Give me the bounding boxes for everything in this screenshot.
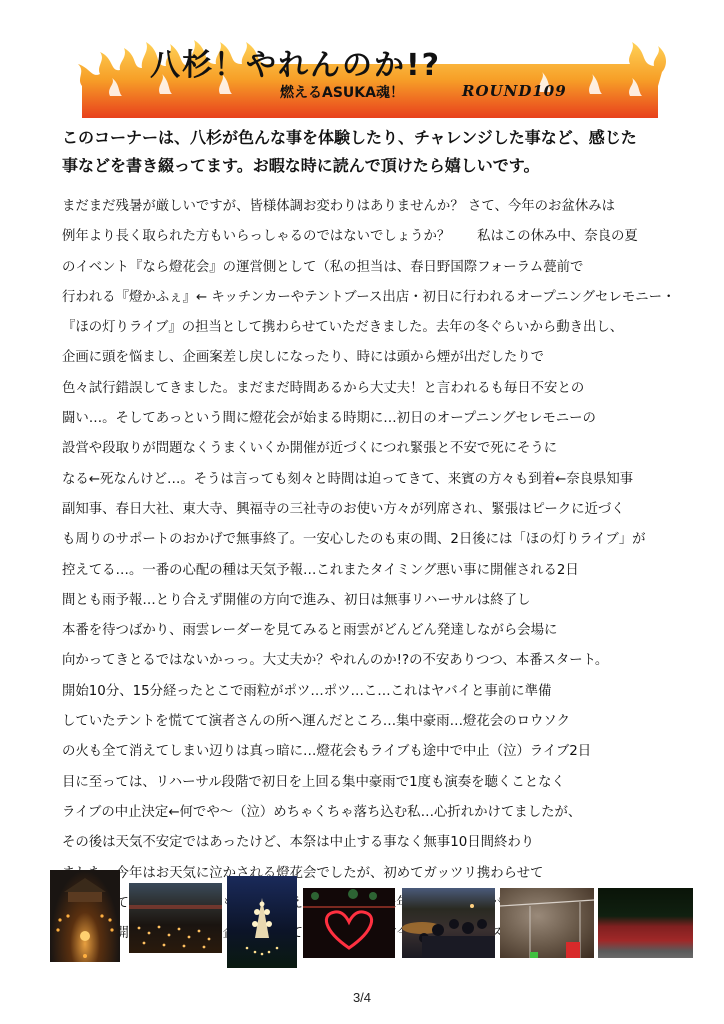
page-number: 3/4 [0,990,724,1005]
header-banner: 八杉！やれんのか!? 燃えるASUKA魂！ ROUND109 [70,38,670,118]
article-line: 企画に頭を悩まし、企画案差し戻しになったり、時には頭から煙が出だしたりで [62,343,692,373]
intro-line: 事などを書き綴ってます。お暇な時に読んで頂けたら嬉しいです。 [62,152,682,180]
article-line: のイベント『なら燈花会』の運営側として（私の担当は、春日野国際フォーラム甍前で [62,253,692,283]
article-line: の火も全て消えてしまい辺りは真っ暗に…燈花会もライブも途中で中止（泣）ライブ2日 [62,737,692,767]
photo-candle-field [129,883,222,953]
article-line: 闘い…。そしてあっという間に燈花会が始まる時期に…初日のオープニングセレモニーの [62,404,692,434]
photo-strip [50,868,695,968]
article-line: 本番を待つばかり、雨雲レーダーを見てみると雨雲がどんどん発達しながら会場に [62,616,692,646]
article-line: 控えてる…。一番の心配の種は天気予報…これまたタイミング悪い事に開催される2日 [62,556,692,586]
article-line: 『ほの灯りライブ』の担当として携わらせていただきました。去年の冬ぐらいから動き出… [62,313,692,343]
intro-paragraph: このコーナーは、八杉が色んな事を体験したり、チャレンジした事など、感じた 事など… [62,124,682,180]
article-line: も周りのサポートのおかげで無事終了。一安心したのも束の間、2日後には「ほの灯りラ… [62,525,692,555]
article-line: まだまだ残暑が厳しいですが、皆様体調お変わりはありませんか？ さて、今年のお盆休… [62,192,692,222]
photo-staff-group [598,888,693,958]
photo-tent-rain [500,888,594,958]
article-line: 開始10分、15分経ったとこで雨粒がポツ…ポツ…こ…これはヤバイと事前に準備 [62,677,692,707]
article-line: 向かってきとるではないかっっ。大丈夫か？やれんのか!?の不安ありつつ、本番スター… [62,646,692,676]
article-line: 色々試行錯誤してきました。まだまだ時間あるから大丈夫！と言われるも毎日不安との [62,374,692,404]
intro-line: このコーナーは、八杉が色んな事を体験したり、チャレンジした事など、感じた [62,124,682,152]
photo-candle-heart [303,888,395,958]
article-line: 例年より長く取られた方もいらっしゃるのではないでしょうか？ 私はこの休み中、奈良… [62,222,692,252]
article-line: 行われる『燈かふぇ』← キッチンカーやテントブース出店・初日に行われるオープニン… [62,283,692,313]
banner-title: 八杉！やれんのか!? [150,40,441,84]
article-line: 副知事、春日大社、東大寺、興福寺の三社寺のお使い方々が列席され、緊張はピークに近… [62,495,692,525]
photo-pavilion-candles [50,870,120,962]
banner-subtitle: 燃えるASUKA魂！ [280,82,404,102]
article-line: していたテントを慌てて演者さんの所へ運んだところ…集中豪雨…燈花会のロウソク [62,707,692,737]
article-line: ライブの中止決定←何でや～（泣）めちゃくちゃ落ち込む私…心折れかけてましたが、 [62,798,692,828]
article-body: まだまだ残暑が厳しいですが、皆様体調お変わりはありませんか？ さて、今年のお盆休… [62,192,692,949]
photo-crowd-night [402,888,495,958]
photo-lantern-tower [227,876,297,968]
article-line: 設営や段取りが問題なくうまくいくか開催が近づくにつれ緊張と不安で死にそうに [62,434,692,464]
article-line: 間とも雨予報…とり合えず開催の方向で進み、初日は無事リハーサルは終了し [62,586,692,616]
article-line: なる←死なんけど…。そうは言っても刻々と時間は迫ってきて、来賓の方々も到着←奈良… [62,465,692,495]
banner-round: ROUND109 [462,82,567,100]
article-line: その後は天気不安定ではあったけど、本祭は中止する事なく無事10日間終わり [62,828,692,858]
article-line: 目に至っては、リハーサル段階で初日を上回る集中豪雨で1度も演奏を聴くことなく [62,768,692,798]
